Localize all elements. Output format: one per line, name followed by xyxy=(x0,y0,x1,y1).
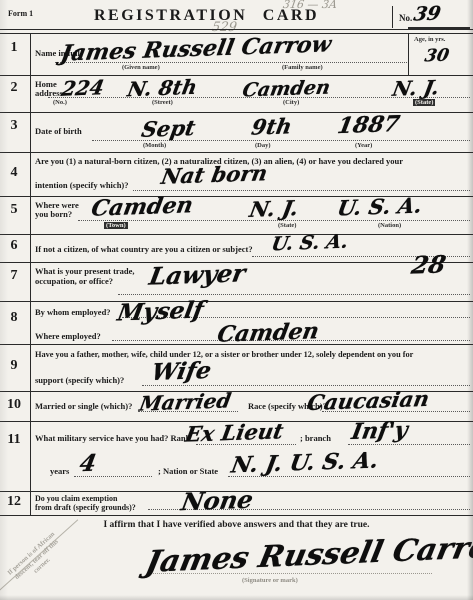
row-number: 7 xyxy=(0,268,28,284)
row-number: 6 xyxy=(0,238,28,254)
military-nation-label: ; Nation or State xyxy=(158,466,218,477)
city-sublabel: (City) xyxy=(283,99,299,106)
born-town: Camden xyxy=(89,192,195,221)
subject-answer: U. S. A. xyxy=(270,231,350,256)
race-answer: Caucasian xyxy=(305,386,431,415)
nation-sublabel: (Nation) xyxy=(378,222,401,229)
dotted-line xyxy=(118,294,470,295)
military-rank-label: What military service have you had? Rank xyxy=(35,433,190,444)
row-number: 11 xyxy=(0,432,28,448)
military-years-label: years xyxy=(50,466,69,477)
address-state: N. J. xyxy=(391,75,441,101)
birth-day: 9th xyxy=(250,113,294,139)
married-answer: Married xyxy=(138,388,233,415)
row-number: 8 xyxy=(0,310,28,326)
number-column-divider xyxy=(30,33,31,515)
town-sublabel: (Town) xyxy=(104,222,128,229)
state-sublabel: (State) xyxy=(413,99,435,106)
rule xyxy=(0,152,473,153)
pencil-annotation-top: 316 — 3A xyxy=(282,0,338,11)
address-street: N. 8th xyxy=(126,75,199,101)
registration-card: Form 1 REGISTRATION CARD 316 — 3A 529 No… xyxy=(0,0,473,600)
rule xyxy=(0,301,473,302)
no-label: No. xyxy=(399,13,412,24)
margin-note-28: 28 xyxy=(409,249,448,279)
birth-year: 1887 xyxy=(335,111,401,139)
address-city: Camden xyxy=(241,76,332,101)
military-branch-label: ; branch xyxy=(300,433,331,444)
exemption-answer: None xyxy=(179,485,255,516)
address-number: 224 xyxy=(60,75,106,100)
rule xyxy=(0,344,473,345)
day-sublabel: (Day) xyxy=(255,142,271,149)
no-sublabel: (No.) xyxy=(53,99,67,106)
employed-where-label: Where employed? xyxy=(35,331,101,342)
date-of-birth-label: Date of birth xyxy=(35,126,82,137)
rule xyxy=(0,515,473,516)
age-box-divider xyxy=(408,33,409,75)
age-label: Age, in yrs. xyxy=(414,36,445,43)
state-sublabel: (State) xyxy=(278,222,296,229)
row-number: 9 xyxy=(0,358,28,374)
rule xyxy=(0,29,473,30)
military-branch-answer: Inf'y xyxy=(350,417,410,445)
married-label: Married or single (which)? xyxy=(35,401,132,412)
year-sublabel: (Year) xyxy=(355,142,372,149)
row-number: 10 xyxy=(0,397,28,413)
no-box-divider xyxy=(392,6,393,28)
rule xyxy=(0,234,473,235)
family-name-sublabel: (Family name) xyxy=(282,64,323,71)
dependents-question-line1: Have you a father, mother, wife, child u… xyxy=(35,349,413,360)
military-nation-answer: N. J. U. S. A. xyxy=(229,447,380,478)
row-number: 4 xyxy=(0,165,28,181)
subject-question-label: If not a citizen, of what country are yo… xyxy=(35,244,253,255)
month-sublabel: (Month) xyxy=(143,142,166,149)
birth-month: Sept xyxy=(140,115,198,142)
dotted-line xyxy=(133,190,470,191)
row-number: 5 xyxy=(0,202,28,218)
dependents-question-line2: support (specify which)? xyxy=(35,375,124,386)
employed-by-label: By whom employed? xyxy=(35,307,111,318)
where-born-label: Where were you born? xyxy=(35,201,83,219)
row-number: 1 xyxy=(0,40,28,56)
row-number: 12 xyxy=(0,494,28,510)
military-years-answer: 4 xyxy=(78,450,99,478)
no-value: 39 xyxy=(412,3,443,26)
page-title: REGISTRATION CARD xyxy=(0,7,413,25)
dependents-answer: Wife xyxy=(149,357,213,386)
exemption-label-line2: from draft (specify grounds)? xyxy=(35,502,136,513)
age-value: 30 xyxy=(423,46,450,67)
occupation-label: What is your present trade, occupation, … xyxy=(35,266,153,286)
citizen-answer: Nat born xyxy=(159,160,269,189)
row-number: 3 xyxy=(0,118,28,134)
citizen-question-line2: intention (specify which)? xyxy=(35,180,129,191)
employed-by-answer: Myself xyxy=(115,297,205,327)
rule xyxy=(0,112,473,113)
born-nation: U. S. A. xyxy=(335,193,424,221)
signature-sublabel: (Signature or mark) xyxy=(242,577,298,584)
military-rank-answer: Ex Lieut xyxy=(183,418,285,446)
corner-note: If person is of African descent, tear of… xyxy=(3,528,71,593)
born-state: N. J. xyxy=(248,195,301,222)
occupation-answer: Lawyer xyxy=(147,258,248,290)
row-number: 2 xyxy=(0,80,28,96)
street-sublabel: (Street) xyxy=(152,99,173,106)
given-name-sublabel: (Given name) xyxy=(122,64,160,71)
